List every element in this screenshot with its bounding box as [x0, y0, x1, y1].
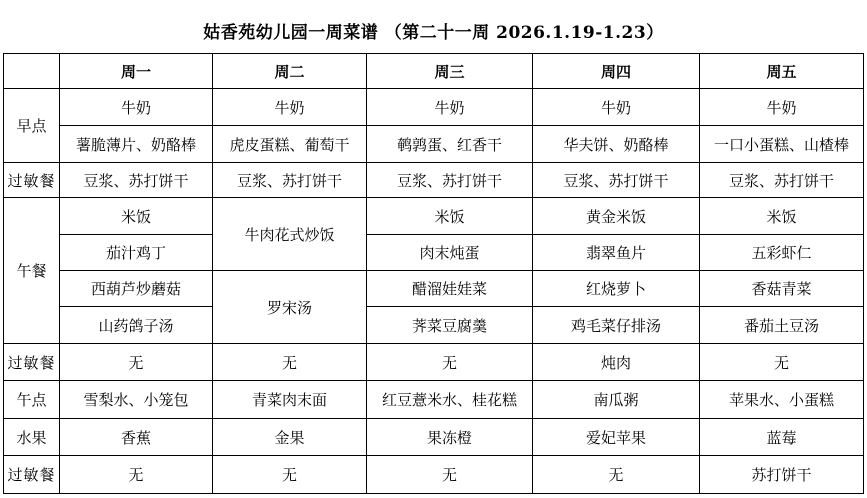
lunch-cell: 翡翠鱼片 — [533, 235, 700, 271]
breakfast-allergy-row: 过敏餐 豆浆、苏打饼干 豆浆、苏打饼干 豆浆、苏打饼干 豆浆、苏打饼干 豆浆、苏… — [4, 163, 864, 198]
lunch-cell: 西葫芦炒蘑菇 — [60, 271, 213, 307]
breakfast-cell: 牛奶 — [533, 89, 700, 126]
lunch-cell: 番茄土豆汤 — [700, 307, 864, 344]
fruit-cell: 香蕉 — [60, 419, 213, 456]
lunch-cell: 米饭 — [367, 198, 533, 235]
allergy-cell: 无 — [367, 456, 533, 494]
day-header-wed: 周三 — [367, 54, 533, 89]
allergy-cell: 豆浆、苏打饼干 — [367, 163, 533, 198]
breakfast-cell: 鹌鹑蛋、红香干 — [367, 126, 533, 163]
lunch-row-4: 山药鸽子汤 荠菜豆腐羹 鸡毛菜仔排汤 番茄土豆汤 — [4, 307, 864, 344]
lunch-cell: 荠菜豆腐羹 — [367, 307, 533, 344]
breakfast-cell: 牛奶 — [367, 89, 533, 126]
day-header-tue: 周二 — [213, 54, 367, 89]
snack-cell: 青菜肉末面 — [213, 381, 367, 419]
lunch-cell: 五彩虾仁 — [700, 235, 864, 271]
corner-cell — [4, 54, 60, 89]
allergy-cell: 豆浆、苏打饼干 — [60, 163, 213, 198]
lunch-cell: 肉末炖蛋 — [367, 235, 533, 271]
snack-cell: 红豆薏米水、桂花糕 — [367, 381, 533, 419]
lunch-allergy-label: 过敏餐 — [4, 344, 60, 381]
breakfast-label: 早点 — [4, 89, 60, 163]
allergy-cell: 豆浆、苏打饼干 — [700, 163, 864, 198]
lunch-row-1: 午餐 米饭 牛肉花式炒饭 米饭 黄金米饭 米饭 — [4, 198, 864, 235]
breakfast-cell: 薯脆薄片、奶酪棒 — [60, 126, 213, 163]
allergy-cell: 豆浆、苏打饼干 — [213, 163, 367, 198]
breakfast-cell: 一口小蛋糕、山楂棒 — [700, 126, 864, 163]
allergy-cell: 无 — [60, 456, 213, 494]
breakfast-cell: 牛奶 — [60, 89, 213, 126]
day-header-thu: 周四 — [533, 54, 700, 89]
day-header-fri: 周五 — [700, 54, 864, 89]
lunch-cell: 黄金米饭 — [533, 198, 700, 235]
day-header-mon: 周一 — [60, 54, 213, 89]
lunch-cell: 茄汁鸡丁 — [60, 235, 213, 271]
lunch-cell: 醋溜娃娃菜 — [367, 271, 533, 307]
lunch-cell: 香菇青菜 — [700, 271, 864, 307]
afternoon-snack-label: 午点 — [4, 381, 60, 419]
breakfast-row-2: 薯脆薄片、奶酪棒 虎皮蛋糕、葡萄干 鹌鹑蛋、红香干 华夫饼、奶酪棒 一口小蛋糕、… — [4, 126, 864, 163]
fruit-cell: 金果 — [213, 419, 367, 456]
fruit-cell: 爱妃苹果 — [533, 419, 700, 456]
lunch-label: 午餐 — [4, 198, 60, 344]
fruit-allergy-row: 过敏餐 无 无 无 无 苏打饼干 — [4, 456, 864, 494]
header-row: 周一 周二 周三 周四 周五 — [4, 54, 864, 89]
fruit-row: 水果 香蕉 金果 果冻橙 爱妃苹果 蓝莓 — [4, 419, 864, 456]
allergy-cell: 无 — [213, 344, 367, 381]
lunch-cell: 红烧萝卜 — [533, 271, 700, 307]
breakfast-cell: 虎皮蛋糕、葡萄干 — [213, 126, 367, 163]
lunch-cell: 罗宋汤 — [213, 271, 367, 344]
allergy-cell: 豆浆、苏打饼干 — [533, 163, 700, 198]
allergy-cell: 无 — [60, 344, 213, 381]
allergy-cell: 无 — [533, 456, 700, 494]
allergy-cell: 无 — [700, 344, 864, 381]
afternoon-snack-row: 午点 雪梨水、小笼包 青菜肉末面 红豆薏米水、桂花糕 南瓜粥 苹果水、小蛋糕 — [4, 381, 864, 419]
lunch-cell: 米饭 — [700, 198, 864, 235]
snack-cell: 南瓜粥 — [533, 381, 700, 419]
lunch-cell: 山药鸽子汤 — [60, 307, 213, 344]
allergy-cell: 炖肉 — [533, 344, 700, 381]
fruit-allergy-label: 过敏餐 — [4, 456, 60, 494]
lunch-cell: 牛肉花式炒饭 — [213, 198, 367, 271]
lunch-allergy-row: 过敏餐 无 无 无 炖肉 无 — [4, 344, 864, 381]
allergy-cell: 无 — [367, 344, 533, 381]
fruit-label: 水果 — [4, 419, 60, 456]
breakfast-row-1: 早点 牛奶 牛奶 牛奶 牛奶 牛奶 — [4, 89, 864, 126]
breakfast-cell: 华夫饼、奶酪棒 — [533, 126, 700, 163]
snack-cell: 苹果水、小蛋糕 — [700, 381, 864, 419]
weekly-menu-table: 周一 周二 周三 周四 周五 早点 牛奶 牛奶 牛奶 牛奶 牛奶 薯脆薄片、奶酪… — [3, 53, 864, 494]
lunch-cell: 米饭 — [60, 198, 213, 235]
fruit-cell: 蓝莓 — [700, 419, 864, 456]
lunch-row-3: 西葫芦炒蘑菇 罗宋汤 醋溜娃娃菜 红烧萝卜 香菇青菜 — [4, 271, 864, 307]
lunch-cell: 鸡毛菜仔排汤 — [533, 307, 700, 344]
menu-title: 姑香苑幼儿园一周菜谱 （第二十一周 2026.1.19-1.23） — [0, 18, 867, 43]
lunch-row-2: 茄汁鸡丁 肉末炖蛋 翡翠鱼片 五彩虾仁 — [4, 235, 864, 271]
snack-cell: 雪梨水、小笼包 — [60, 381, 213, 419]
allergy-cell: 无 — [213, 456, 367, 494]
fruit-cell: 果冻橙 — [367, 419, 533, 456]
breakfast-cell: 牛奶 — [700, 89, 864, 126]
breakfast-cell: 牛奶 — [213, 89, 367, 126]
allergy-cell: 苏打饼干 — [700, 456, 864, 494]
breakfast-allergy-label: 过敏餐 — [4, 163, 60, 198]
